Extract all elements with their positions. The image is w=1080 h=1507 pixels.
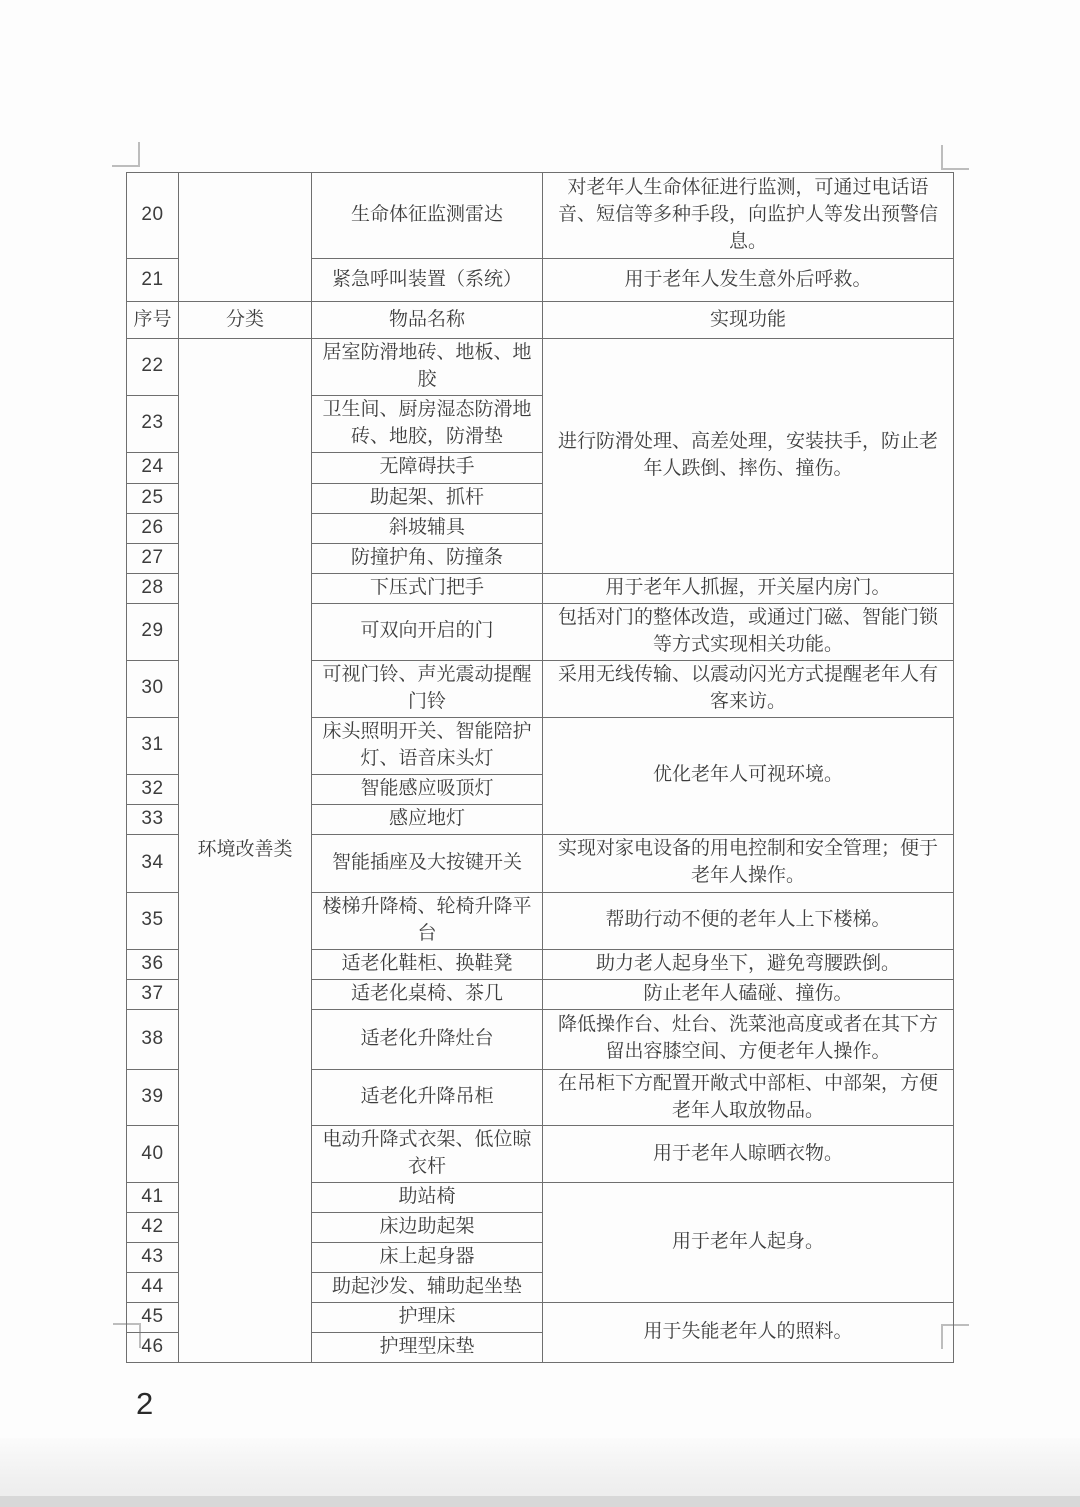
cell-seq: 44 bbox=[127, 1273, 179, 1303]
cell-func: 帮助行动不便的老年人上下楼梯。 bbox=[543, 892, 954, 949]
cell-seq: 40 bbox=[127, 1126, 179, 1183]
cell-func-merged-care: 用于失能老年人的照料。 bbox=[543, 1303, 954, 1363]
cell-seq: 41 bbox=[127, 1183, 179, 1213]
cell-seq: 22 bbox=[127, 339, 179, 396]
cell-seq: 25 bbox=[127, 483, 179, 513]
cell-seq: 30 bbox=[127, 660, 179, 717]
cell-item: 适老化桌椅、茶几 bbox=[312, 979, 543, 1009]
cell-func: 用于老年人发生意外后呼救。 bbox=[543, 259, 954, 302]
cell-item: 助站椅 bbox=[312, 1183, 543, 1213]
cell-item: 紧急呼叫装置（系统） bbox=[312, 259, 543, 302]
cell-seq: 34 bbox=[127, 834, 179, 892]
cell-item: 可双向开启的门 bbox=[312, 603, 543, 660]
cell-func: 对老年人生命体征进行监测，可通过电话语音、短信等多种手段，向监护人等发出预警信息… bbox=[543, 173, 954, 259]
cell-seq: 39 bbox=[127, 1069, 179, 1126]
cell-func: 防止老年人磕碰、撞伤。 bbox=[543, 979, 954, 1009]
cell-item: 适老化鞋柜、换鞋凳 bbox=[312, 949, 543, 979]
cell-func: 采用无线传输、以震动闪光方式提醒老年人有客来访。 bbox=[543, 660, 954, 717]
cell-seq: 28 bbox=[127, 573, 179, 603]
table-row: 20 生命体征监测雷达 对老年人生命体征进行监测，可通过电话语音、短信等多种手段… bbox=[127, 173, 954, 259]
cell-seq: 31 bbox=[127, 717, 179, 774]
cell-func: 降低操作台、灶台、洗菜池高度或者在其下方留出容膝空间、方便老年人操作。 bbox=[543, 1009, 954, 1069]
crop-mark-top-right bbox=[941, 145, 969, 170]
cell-seq: 42 bbox=[127, 1213, 179, 1243]
cell-item: 智能插座及大按键开关 bbox=[312, 834, 543, 892]
cell-item: 护理型床垫 bbox=[312, 1333, 543, 1363]
category-cell: 环境改善类 bbox=[179, 339, 312, 1363]
cell-func-merged-lighting: 优化老年人可视环境。 bbox=[543, 717, 954, 834]
cell-item: 电动升降式衣架、低位晾衣杆 bbox=[312, 1126, 543, 1183]
cell-item: 生命体征监测雷达 bbox=[312, 173, 543, 259]
header-item-name: 物品名称 bbox=[312, 302, 543, 339]
cell-item: 可视门铃、声光震动提醒门铃 bbox=[312, 660, 543, 717]
cell-seq: 35 bbox=[127, 892, 179, 949]
cell-seq: 45 bbox=[127, 1303, 179, 1333]
cell-seq: 23 bbox=[127, 395, 179, 452]
cell-item: 感应地灯 bbox=[312, 804, 543, 834]
cell-func: 用于老年人晾晒衣物。 bbox=[543, 1126, 954, 1183]
products-table: 20 生命体征监测雷达 对老年人生命体征进行监测，可通过电话语音、短信等多种手段… bbox=[126, 172, 954, 1363]
cell-item: 适老化升降吊柜 bbox=[312, 1069, 543, 1126]
category-empty-cell bbox=[179, 173, 312, 302]
table-row: 22 环境改善类 居室防滑地砖、地板、地胶 进行防滑处理、高差处理，安装扶手，防… bbox=[127, 339, 954, 396]
header-category: 分类 bbox=[179, 302, 312, 339]
cell-item: 防撞护角、防撞条 bbox=[312, 543, 543, 573]
cell-item: 居室防滑地砖、地板、地胶 bbox=[312, 339, 543, 396]
cell-seq: 36 bbox=[127, 949, 179, 979]
cell-item: 卫生间、厨房湿态防滑地砖、地胶，防滑垫 bbox=[312, 395, 543, 452]
cell-item: 护理床 bbox=[312, 1303, 543, 1333]
cell-item: 无障碍扶手 bbox=[312, 452, 543, 483]
cell-seq: 26 bbox=[127, 513, 179, 543]
cell-func: 助力老人起身坐下，避免弯腰跌倒。 bbox=[543, 949, 954, 979]
cell-func-merged-rise: 用于老年人起身。 bbox=[543, 1183, 954, 1303]
cell-seq: 20 bbox=[127, 173, 179, 259]
header-function: 实现功能 bbox=[543, 302, 954, 339]
cell-func: 实现对家电设备的用电控制和安全管理；便于老年人操作。 bbox=[543, 834, 954, 892]
cell-func: 用于老年人抓握，开关屋内房门。 bbox=[543, 573, 954, 603]
cell-func: 在吊柜下方配置开敞式中部柜、中部架，方便老年人取放物品。 bbox=[543, 1069, 954, 1126]
cell-seq: 27 bbox=[127, 543, 179, 573]
table-header-row: 序号 分类 物品名称 实现功能 bbox=[127, 302, 954, 339]
crop-mark-top-left bbox=[112, 142, 140, 167]
cell-item: 适老化升降灶台 bbox=[312, 1009, 543, 1069]
cell-item: 楼梯升降椅、轮椅升降平台 bbox=[312, 892, 543, 949]
cell-seq: 32 bbox=[127, 774, 179, 804]
page-number: 2 bbox=[136, 1386, 153, 1422]
cell-func: 包括对门的整体改造，或通过门磁、智能门锁等方式实现相关功能。 bbox=[543, 603, 954, 660]
cell-seq: 37 bbox=[127, 979, 179, 1009]
cell-item: 床头照明开关、智能陪护灯、语音床头灯 bbox=[312, 717, 543, 774]
cell-item: 智能感应吸顶灯 bbox=[312, 774, 543, 804]
cell-seq: 24 bbox=[127, 452, 179, 483]
cell-item: 斜坡辅具 bbox=[312, 513, 543, 543]
cell-seq: 29 bbox=[127, 603, 179, 660]
cell-seq: 46 bbox=[127, 1333, 179, 1363]
cell-seq: 38 bbox=[127, 1009, 179, 1069]
cell-seq: 21 bbox=[127, 259, 179, 302]
header-seq: 序号 bbox=[127, 302, 179, 339]
cell-item: 下压式门把手 bbox=[312, 573, 543, 603]
cell-item: 助起沙发、辅助起坐垫 bbox=[312, 1273, 543, 1303]
cell-func-merged-slip: 进行防滑处理、高差处理，安装扶手，防止老年人跌倒、摔伤、撞伤。 bbox=[543, 339, 954, 574]
cell-item: 助起架、抓杆 bbox=[312, 483, 543, 513]
cell-seq: 43 bbox=[127, 1243, 179, 1273]
cell-item: 床边助起架 bbox=[312, 1213, 543, 1243]
cell-seq: 33 bbox=[127, 804, 179, 834]
page-bottom-strip bbox=[0, 1496, 1080, 1507]
cell-item: 床上起身器 bbox=[312, 1243, 543, 1273]
